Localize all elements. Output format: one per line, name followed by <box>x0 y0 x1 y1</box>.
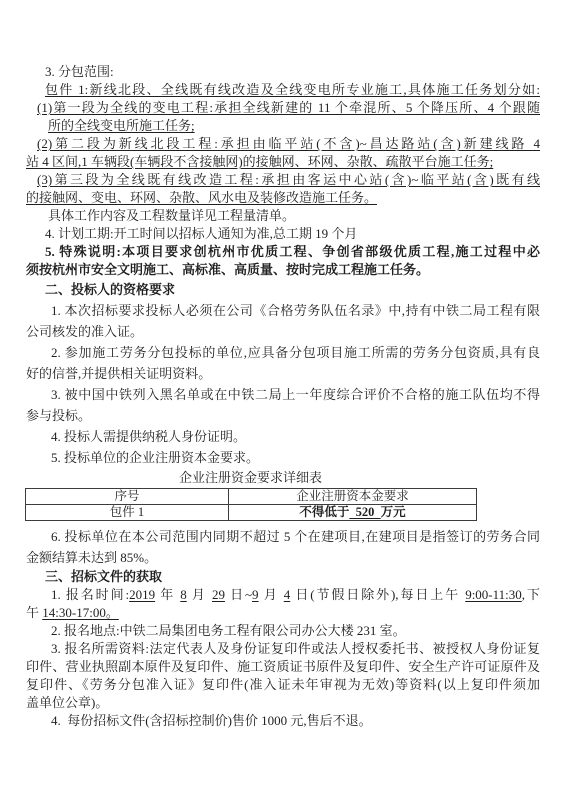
work-detail-note: 具体工作内容及工程数量详见工程量清单。 <box>26 207 540 225</box>
underlined-text-run: (2)第二段为新线北段工程:承担由临平站(不含)~昌达路站(含)新建线路 4 <box>37 136 540 151</box>
segment-1-line-1: (1)第一段为全线的变电工程:承担全线新建的 11 个牵混所、5 个降压所、4 … <box>26 99 540 117</box>
obtain-item-1-line-2: 午 14:30-17:00。 <box>26 604 540 622</box>
underlined-text-run: 站 4 区间,1 车辆段(车辆段不含接触网)的接触网、环网、杂散、疏散平台施工任… <box>26 154 493 169</box>
section-2-heading: 二、投标人的资格要求 <box>26 279 540 300</box>
registered-capital-requirement-table: 序号企业注册资本金要求包件 1不得低于 520 万元 <box>25 488 477 521</box>
text-run: 午 <box>26 605 42 620</box>
text-run: 6. 投标单位在本公司范围内同期不超过 5 个在建项目,在建项目是指签订的劳务合… <box>51 529 540 544</box>
text-run: 5. 投标单位的企业注册资本金要求。 <box>51 450 259 465</box>
table-cell: 包件 1 <box>26 505 229 521</box>
package-1-scope-line: 包件 1:新线北段、全线既有线改造及全线变电所专业施工,具体施工任务划分如: <box>26 81 540 99</box>
text-run: 4. 投标人需提供纳税人身份证明。 <box>51 429 246 444</box>
table-header-row: 序号企业注册资本金要求 <box>26 489 477 505</box>
clause-5-special-note-line-1: 5. 特殊说明:本项目要求创杭州市优质工程、争创省部级优质工程,施工过程中必 <box>26 243 540 261</box>
qualification-item-6-line-2: 金额结算未达到 85%。 <box>26 547 540 568</box>
text-run: 月 <box>259 587 284 602</box>
text-run: 1. 本次招标要求投标人必须在公司《合格劳务队伍名录》中,持有中铁二局工程有限 <box>51 303 540 318</box>
text-run: 盖单位公章)。 <box>26 695 108 710</box>
text-run: 具体工作内容及工程数量详见工程量清单。 <box>48 208 295 223</box>
document-page: 3. 分包范围:包件 1:新线北段、全线既有线改造及全线变电所专业施工,具体施工… <box>0 0 566 800</box>
obtain-item-3-line-2: 印件、营业执照副本原件及复印件、施工资质证书原件及复印件、安全生产许可证原件及 <box>26 658 540 676</box>
segment-2-line-1: (2)第二段为新线北段工程:承担由临平站(不含)~昌达路站(含)新建线路 4 <box>26 135 540 153</box>
underlined-text-run: (1)第一段为全线的变电工程:承担全线新建的 11 个牵混所、5 个降压所、4 … <box>37 100 540 115</box>
qualification-item-3-line-2: 参与投标。 <box>26 405 540 426</box>
obtain-item-3-line-1: 3. 报名所需资料:法定代表人及身份证复印件或法人授权委托书、被授权人身份证复 <box>26 640 540 658</box>
clause-4-schedule: 4. 计划工期:开工时间以招标人通知为准,总工期 19 个月 <box>26 225 540 243</box>
text-run: ,下 <box>522 587 540 602</box>
text-run: 金额结算未达到 85%。 <box>26 550 157 565</box>
qualification-item-2-line-1: 2. 参加施工劳务分包投标的单位,应具备分包项目施工所需的劳务分包资质,具有良 <box>26 342 540 363</box>
obtain-item-3-line-4: 盖单位公章)。 <box>26 694 540 712</box>
underlined-text-run: 14:30-17:00。 <box>42 605 119 620</box>
text-run: 好的信誉,并提供相关证明资料。 <box>26 366 211 381</box>
document-content: 3. 分包范围:包件 1:新线北段、全线既有线改造及全线变电所专业施工,具体施工… <box>26 63 540 730</box>
table-row: 包件 1不得低于 520 万元 <box>26 505 477 521</box>
underlined-text-run: 2019 <box>129 587 155 602</box>
text-run: 二、投标人的资格要求 <box>45 282 175 297</box>
text-run: 4. 每份招标文件(含招标控制价)售价 1000 元,售后不退。 <box>51 713 372 728</box>
underlined-text-run: 的接触网、变电、环网、杂散、风水电及装修改造施工任务。 <box>26 190 377 205</box>
text-run: 参与投标。 <box>26 408 91 423</box>
table-header-cell: 序号 <box>26 489 229 505</box>
clause-3-subpackage-scope: 3. 分包范围: <box>26 63 540 81</box>
obtain-item-4: 4. 每份招标文件(含招标控制价)售价 1000 元,售后不退。 <box>26 712 540 730</box>
text-run: 不得低于 <box>299 505 349 519</box>
text-run: 2. 报名地点:中铁二局集团电务工程有限公司办公大楼 231 室。 <box>51 623 406 638</box>
text-run: 4. 计划工期:开工时间以招标人通知为准,总工期 19 个月 <box>45 226 357 241</box>
text-run: 3. 被中国中铁列入黑名单或在中铁二局上一年度综合评价不合格的施工队伍均不得 <box>51 387 540 402</box>
text-run: 日(节假日除外),每日上午 <box>290 587 465 602</box>
underlined-text-run: 所的全线变电所施工任务; <box>48 118 195 133</box>
text-run: 日~ <box>225 587 252 602</box>
underlined-text-run: 520 <box>349 505 380 519</box>
underlined-text-run: 9:00-11:30 <box>465 587 522 602</box>
qualification-item-4: 4. 投标人需提供纳税人身份证明。 <box>26 426 540 447</box>
underlined-text-run: 包件 1:新线北段、全线既有线改造及全线变电所专业施工,具体施工任务划分如: <box>45 82 540 97</box>
underlined-text-run: (3)第三段为全线既有线改造工程:承担由客运中心站(含)~临平站(含)既有线 <box>37 172 540 187</box>
qualification-item-3-line-1: 3. 被中国中铁列入黑名单或在中铁二局上一年度综合评价不合格的施工队伍均不得 <box>26 384 540 405</box>
segment-3-line-2: 的接触网、变电、环网、杂散、风水电及装修改造施工任务。 <box>26 189 540 207</box>
qualification-item-5: 5. 投标单位的企业注册资本金要求。 <box>26 447 540 468</box>
text-run: 3. 分包范围: <box>45 64 114 79</box>
text-run: 印件、营业执照副本原件及复印件、施工资质证书原件及复印件、安全生产许可证原件及 <box>26 659 540 674</box>
section-3-heading: 三、招标文件的获取 <box>26 568 540 586</box>
text-run: 包件 1 <box>110 505 144 519</box>
segment-2-line-2: 站 4 区间,1 车辆段(车辆段不含接触网)的接触网、环网、杂散、疏散平台施工任… <box>26 153 540 171</box>
text-run: 复印件、《劳务分包准入证》复印件(准入证未年审视为无效)等资料(以上复印件须加 <box>26 677 540 692</box>
text-run: 须按杭州市安全文明施工、高标准、高质量、按时完成工程施工任务。 <box>26 262 429 277</box>
table-cell: 不得低于 520 万元 <box>229 505 477 521</box>
text-run: 1. 报名时间: <box>51 587 129 602</box>
text-run: 3. 报名所需资料:法定代表人及身份证复印件或法人授权委托书、被授权人身份证复 <box>51 641 540 656</box>
text-run: 万元 <box>381 505 406 519</box>
table-title: 企业注册资金要求详细表 <box>25 468 476 488</box>
segment-1-line-2: 所的全线变电所施工任务; <box>26 117 540 135</box>
text-run: 三、招标文件的获取 <box>45 569 162 584</box>
text-run: 5. 特殊说明:本项目要求创杭州市优质工程、争创省部级优质工程,施工过程中必 <box>45 244 540 259</box>
table-header-cell: 企业注册资本金要求 <box>229 489 477 505</box>
text-run: 月 <box>187 587 212 602</box>
qualification-item-2-line-2: 好的信誉,并提供相关证明资料。 <box>26 363 540 384</box>
obtain-item-3-line-3: 复印件、《劳务分包准入证》复印件(准入证未年审视为无效)等资料(以上复印件须加 <box>26 676 540 694</box>
qualification-item-1-line-1: 1. 本次招标要求投标人必须在公司《合格劳务队伍名录》中,持有中铁二局工程有限 <box>26 300 540 321</box>
clause-5-special-note-line-2: 须按杭州市安全文明施工、高标准、高质量、按时完成工程施工任务。 <box>26 261 540 279</box>
qualification-item-6-line-1: 6. 投标单位在本公司范围内同期不超过 5 个在建项目,在建项目是指签订的劳务合… <box>26 526 540 547</box>
text-run: 公司核发的准入证。 <box>26 324 143 339</box>
obtain-item-2: 2. 报名地点:中铁二局集团电务工程有限公司办公大楼 231 室。 <box>26 622 540 640</box>
underlined-text-run: 29 <box>212 587 225 602</box>
text-run: 年 <box>155 587 180 602</box>
text-run: 2. 参加施工劳务分包投标的单位,应具备分包项目施工所需的劳务分包资质,具有良 <box>51 345 540 360</box>
obtain-item-1-line-1: 1. 报名时间:2019 年 8 月 29 日~9 月 4 日(节假日除外),每… <box>26 586 540 604</box>
qualification-item-1-line-2: 公司核发的准入证。 <box>26 321 540 342</box>
segment-3-line-1: (3)第三段为全线既有线改造工程:承担由客运中心站(含)~临平站(含)既有线 <box>26 171 540 189</box>
